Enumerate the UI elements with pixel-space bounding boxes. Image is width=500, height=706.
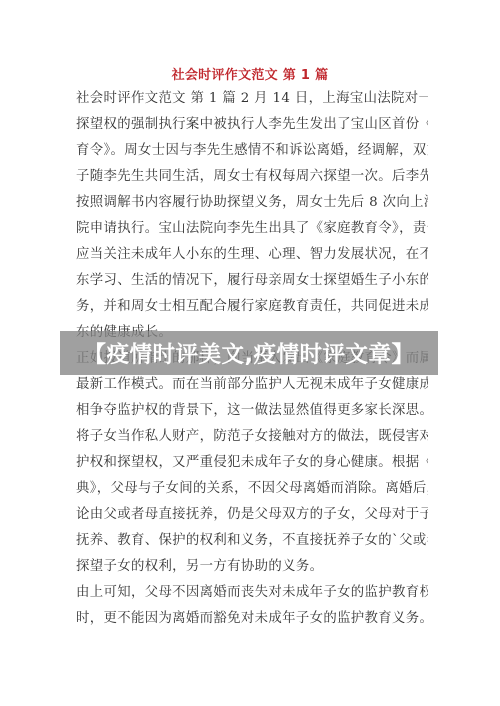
- text-line: 应当关注未成年人小东的生理、心理、智力发展状况，在不影响小: [76, 242, 428, 268]
- text-line: 相争夺监护权的背景下，这一做法显然值得更多家长深思。: [76, 398, 428, 424]
- banner-title: 【疫情时评美文,疫情时评文章】: [83, 337, 414, 369]
- text-line: 按照调解书内容履行协助探望义务，周女士先后 8 次向上海宝山法: [76, 190, 428, 216]
- text-line: 由上可知，父母不因离婚而丧失对未成年子女的监护教育权利，同: [76, 580, 428, 606]
- text-line: 东学习、生活的情况下，履行母亲周女士探望婚生子小东的协助义: [76, 268, 428, 294]
- text-line: 育令》。周女士因与李先生感情不和诉讼离婚，经调解，双方所生之: [76, 138, 428, 164]
- document-title: 社会时评作文范文 第 1 篇: [0, 64, 500, 83]
- text-line: 将子女当作私人财产，防范子女接触对方的做法，既侵害对方的监: [76, 424, 428, 450]
- text-line: 探望子女的权利，另一方有协助的义务。: [76, 554, 428, 580]
- text-line: 抚养、教育、保护的权利和义务，不直接抚养子女的`父或者母，有: [76, 528, 428, 554]
- text-line: 社会时评作文范文 第 1 篇 2 月 14 日，上海宝山法院对一起离婚后: [76, 86, 428, 112]
- text-line: 最新工作模式。而在当前部分监护人无视未成年子女健康成长，互: [76, 372, 428, 398]
- text-line: 务，并和周女士相互配合履行家庭教育责任，共同促进未成年人小: [76, 294, 428, 320]
- text-line: 护权和探望权，又严重侵犯未成年子女的身心健康。根据《民法: [76, 450, 428, 476]
- document-page: 社会时评作文范文 第 1 篇 社会时评作文范文 第 1 篇 2 月 14 日，上…: [0, 0, 500, 706]
- title-overlay-banner: 【疫情时评美文,疫情时评文章】: [60, 331, 438, 375]
- text-line: 论由父或者母直接抚养，仍是父母双方的子女，父母对于子女仍有: [76, 502, 428, 528]
- text-line: 典》，父母与子女间的关系，不因父母离婚而消除。离婚后，子女无: [76, 476, 428, 502]
- text-line: 院申请执行。宝山法院向李先生出具了《家庭教育令》，责令李先生: [76, 216, 428, 242]
- text-line: 时，更不能因为离婚而豁免对未成年子女的监护教育义务。即无论: [76, 606, 428, 632]
- text-line: 探望权的强制执行案中被执行人李先生发出了宝山区首份《家庭教: [76, 112, 428, 138]
- text-line: 子随李先生共同生活，周女士有权每周六探望一次。后李先生未能: [76, 164, 428, 190]
